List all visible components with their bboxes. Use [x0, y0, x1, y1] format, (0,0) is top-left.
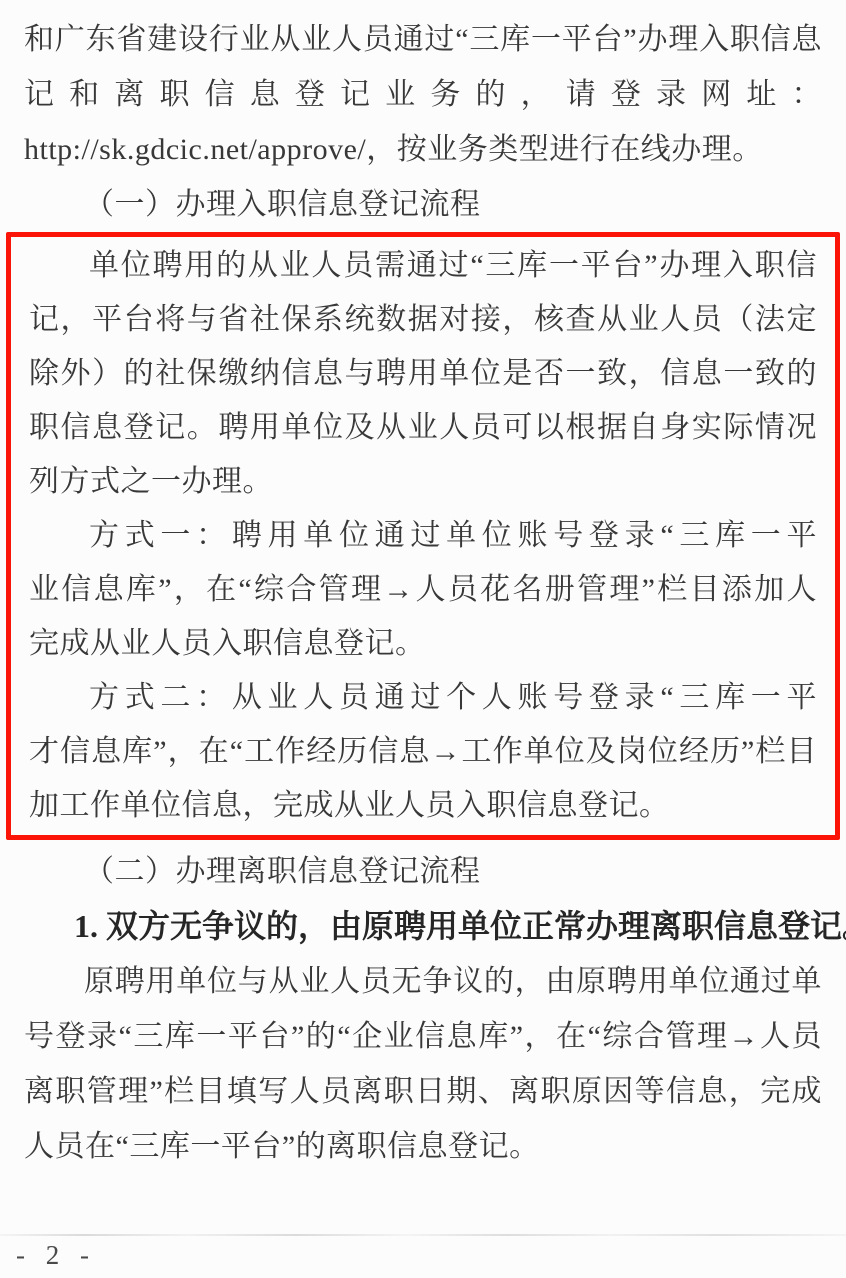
highlight-p3-line-2: 才信息库”，在“工作经历信息→工作单位及岗位经历”栏目添: [29, 725, 817, 779]
highlight-p1-line-5: 列方式之一办理。: [29, 455, 817, 509]
section2-p1-line-1: 原聘用单位与从业人员无争议的，由原聘用单位通过单位账: [24, 954, 822, 1009]
section2-p1-line-3: 离职管理”栏目填写人员离职日期、离职原因等信息，完成从业: [24, 1064, 822, 1119]
highlight-p2-line-1: 方式一：聘用单位通过单位账号登录“三库一平台”的“企: [29, 509, 817, 563]
section2-p1-line-2: 号登录“三库一平台”的“企业信息库”，在“综合管理→人员: [24, 1009, 822, 1064]
document-body: 和广东省建设行业从业人员通过“三库一平台”办理入职信息登 记和离职信息登记业务的…: [0, 0, 846, 1174]
highlight-p3-line-3: 加工作单位信息，完成从业人员入职信息登记。: [29, 779, 817, 833]
page-number: - 2 -: [16, 1240, 96, 1271]
highlight-p1-line-4: 职信息登记。聘用单位及从业人员可以根据自身实际情况选择下: [29, 401, 817, 455]
highlight-p2-line-2: 业信息库”，在“综合管理→人员花名册管理”栏目添加人员，: [29, 563, 817, 617]
scan-fold-line: [0, 1234, 846, 1236]
highlight-p2-line-3: 完成从业人员入职信息登记。: [29, 617, 817, 671]
section2-subheading: 1. 双方无争议的，由原聘用单位正常办理离职信息登记。: [24, 899, 822, 954]
document-page: 和广东省建设行业从业人员通过“三库一平台”办理入职信息登 记和离职信息登记业务的…: [0, 0, 846, 1278]
section1-heading: （一）办理入职信息登记流程: [24, 177, 822, 232]
intro-line-url: http://sk.gdcic.net/approve/，按业务类型进行在线办理…: [24, 122, 822, 177]
highlight-p1-line-2: 记，平台将与省社保系统数据对接，核查从业人员（法定代表人: [29, 293, 817, 347]
highlight-p1-line-3: 除外）的社保缴纳信息与聘用单位是否一致，信息一致的予以入: [29, 347, 817, 401]
highlight-box: 单位聘用的从业人员需通过“三库一平台”办理入职信息登 记，平台将与省社保系统数据…: [6, 232, 840, 840]
highlight-p3-line-1: 方式二：从业人员通过个人账号登录“三库一平台”的“人: [29, 671, 817, 725]
section2-heading: （二）办理离职信息登记流程: [24, 844, 822, 899]
section2-p1-line-4: 人员在“三库一平台”的离职信息登记。: [24, 1119, 822, 1174]
intro-line-1: 和广东省建设行业从业人员通过“三库一平台”办理入职信息登: [24, 12, 822, 67]
intro-line-2: 记和离职信息登记业务的，请登录网址：: [24, 67, 822, 122]
highlight-p1-line-1: 单位聘用的从业人员需通过“三库一平台”办理入职信息登: [29, 239, 817, 293]
